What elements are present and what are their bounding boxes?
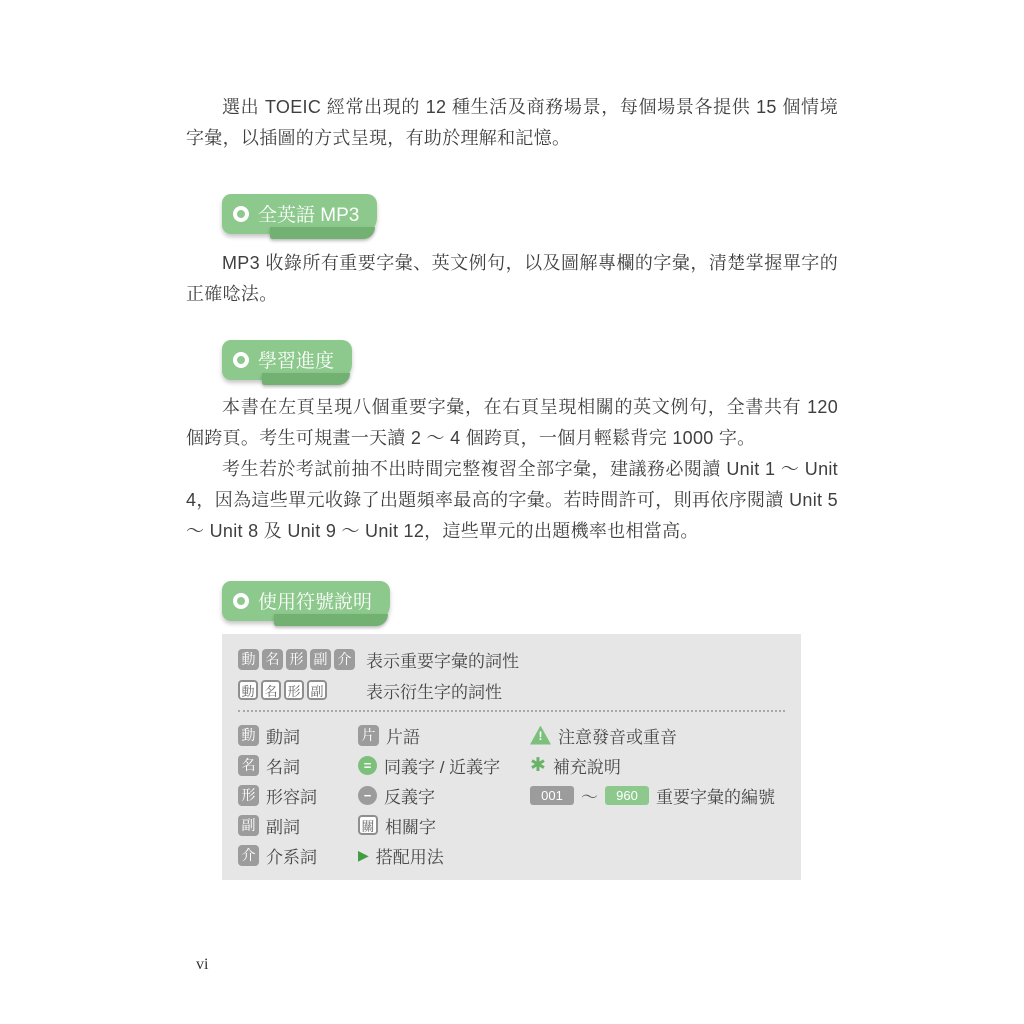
legend-item-collocation: ▶ 搭配用法 [358, 844, 530, 866]
intro-paragraph: 選出 TOEIC 經常出現的 12 種生活及商務場景，每個場景各提供 15 個情… [186, 92, 838, 154]
entry-number-end-badge: 960 [605, 786, 649, 805]
pos-column: 動 動詞 名 名詞 形 形容詞 副 副詞 [238, 724, 358, 866]
legend-item-antonym: − 反義字 [358, 784, 530, 806]
entry-number-label: 重要字彙的編號 [656, 783, 775, 808]
section-title-mp3: 全英語 MP3 [258, 200, 359, 227]
pos-badge-preposition: 介 [334, 649, 355, 670]
antonym-icon: − [358, 786, 377, 805]
primary-pos-badges: 動 名 形 副 介 [238, 649, 366, 670]
pos-badge-noun: 名 [262, 649, 283, 670]
section-badge-symbols: 使用符號說明 [222, 581, 390, 621]
derived-pos-description: 表示衍生字的詞性 [366, 678, 502, 703]
pos-badge-adverb: 副 [310, 649, 331, 670]
adjective-label: 形容詞 [266, 783, 317, 808]
section-title-symbols: 使用符號說明 [258, 587, 372, 614]
bullet-ring-icon [233, 593, 249, 609]
page-number: vi [196, 956, 208, 974]
legend-item-adjective: 形 形容詞 [238, 784, 358, 806]
bullet-ring-icon [233, 206, 249, 222]
legend-item-verb: 動 動詞 [238, 724, 358, 746]
antonym-label: 反義字 [384, 783, 435, 808]
section-badge-mp3: 全英語 MP3 [222, 194, 377, 234]
phrase-label: 片語 [386, 723, 420, 748]
related-label: 相關字 [385, 813, 436, 838]
progress-paragraph-2: 考生若於考試前抽不出時間完整複習全部字彙，建議務必閱讀 Unit 1 ～ Uni… [186, 454, 838, 547]
legend-item-entry-number: 001 ～ 960 重要字彙的編號 [530, 784, 785, 806]
section-title-progress: 學習進度 [258, 346, 334, 373]
pos-badge-adjective: 形 [286, 649, 307, 670]
bullet-ring-icon [233, 352, 249, 368]
supplement-label: 補充說明 [553, 753, 621, 778]
synonym-icon: = [358, 756, 377, 775]
noun-badge-icon: 名 [238, 755, 259, 776]
noun-label: 名詞 [266, 753, 300, 778]
symbol-column: 片 片語 = 同義字 / 近義字 − 反義字 關 相關字 [358, 724, 530, 866]
derived-pos-badge-adjective: 形 [284, 680, 304, 700]
adverb-label: 副詞 [266, 813, 300, 838]
dotted-divider [238, 710, 785, 712]
legend-item-noun: 名 名詞 [238, 754, 358, 776]
pronunciation-label: 注意發音或重音 [558, 723, 677, 748]
symbol-legend-box: 動 名 形 副 介 表示重要字彙的詞性 動 名 形 副 表示衍生字的詞性 [222, 634, 801, 880]
mp3-paragraph: MP3 收錄所有重要字彙、英文例句，以及圖解專欄的字彙，清楚掌握單字的正確唸法。 [186, 248, 838, 310]
primary-pos-row: 動 名 形 副 介 表示重要字彙的詞性 [238, 647, 785, 671]
related-badge-icon: 關 [358, 815, 378, 835]
legend-item-supplement: ✱ 補充說明 [530, 754, 785, 776]
adjective-badge-icon: 形 [238, 785, 259, 806]
collocation-arrow-icon: ▶ [358, 846, 369, 865]
page-content: 選出 TOEIC 經常出現的 12 種生活及商務場景，每個場景各提供 15 個情… [186, 92, 838, 880]
legend-item-adverb: 副 副詞 [238, 814, 358, 836]
preposition-badge-icon: 介 [238, 845, 259, 866]
tilde-separator: ～ [581, 783, 598, 808]
legend-grid: 動 動詞 名 名詞 形 形容詞 副 副詞 [238, 724, 785, 866]
derived-pos-badges: 動 名 形 副 [238, 680, 366, 700]
legend-item-synonym: = 同義字 / 近義字 [358, 754, 530, 776]
note-column: ! 注意發音或重音 ✱ 補充說明 001 ～ 960 重要字彙的編號 [530, 724, 785, 866]
preposition-label: 介系詞 [266, 843, 317, 868]
warning-triangle-icon: ! [530, 726, 551, 745]
derived-pos-row: 動 名 形 副 表示衍生字的詞性 [238, 678, 785, 702]
entry-number-start-badge: 001 [530, 786, 574, 805]
phrase-badge-icon: 片 [358, 725, 379, 746]
derived-pos-badge-adverb: 副 [307, 680, 327, 700]
derived-pos-badge-noun: 名 [261, 680, 281, 700]
asterisk-icon: ✱ [530, 756, 546, 775]
progress-paragraph-1: 本書在左頁呈現八個重要字彙，在右頁呈現相關的英文例句，全書共有 120 個跨頁。… [186, 392, 838, 454]
legend-item-related: 關 相關字 [358, 814, 530, 836]
legend-item-preposition: 介 介系詞 [238, 844, 358, 866]
pos-badge-verb: 動 [238, 649, 259, 670]
section-badge-progress: 學習進度 [222, 340, 352, 380]
verb-badge-icon: 動 [238, 725, 259, 746]
synonym-label: 同義字 / 近義字 [384, 753, 500, 778]
legend-item-phrase: 片 片語 [358, 724, 530, 746]
collocation-label: 搭配用法 [376, 843, 444, 868]
primary-pos-description: 表示重要字彙的詞性 [366, 647, 519, 672]
legend-item-pronunciation: ! 注意發音或重音 [530, 724, 785, 746]
verb-label: 動詞 [266, 723, 300, 748]
derived-pos-badge-verb: 動 [238, 680, 258, 700]
book-page: 選出 TOEIC 經常出現的 12 種生活及商務場景，每個場景各提供 15 個情… [0, 0, 1024, 1024]
adverb-badge-icon: 副 [238, 815, 259, 836]
